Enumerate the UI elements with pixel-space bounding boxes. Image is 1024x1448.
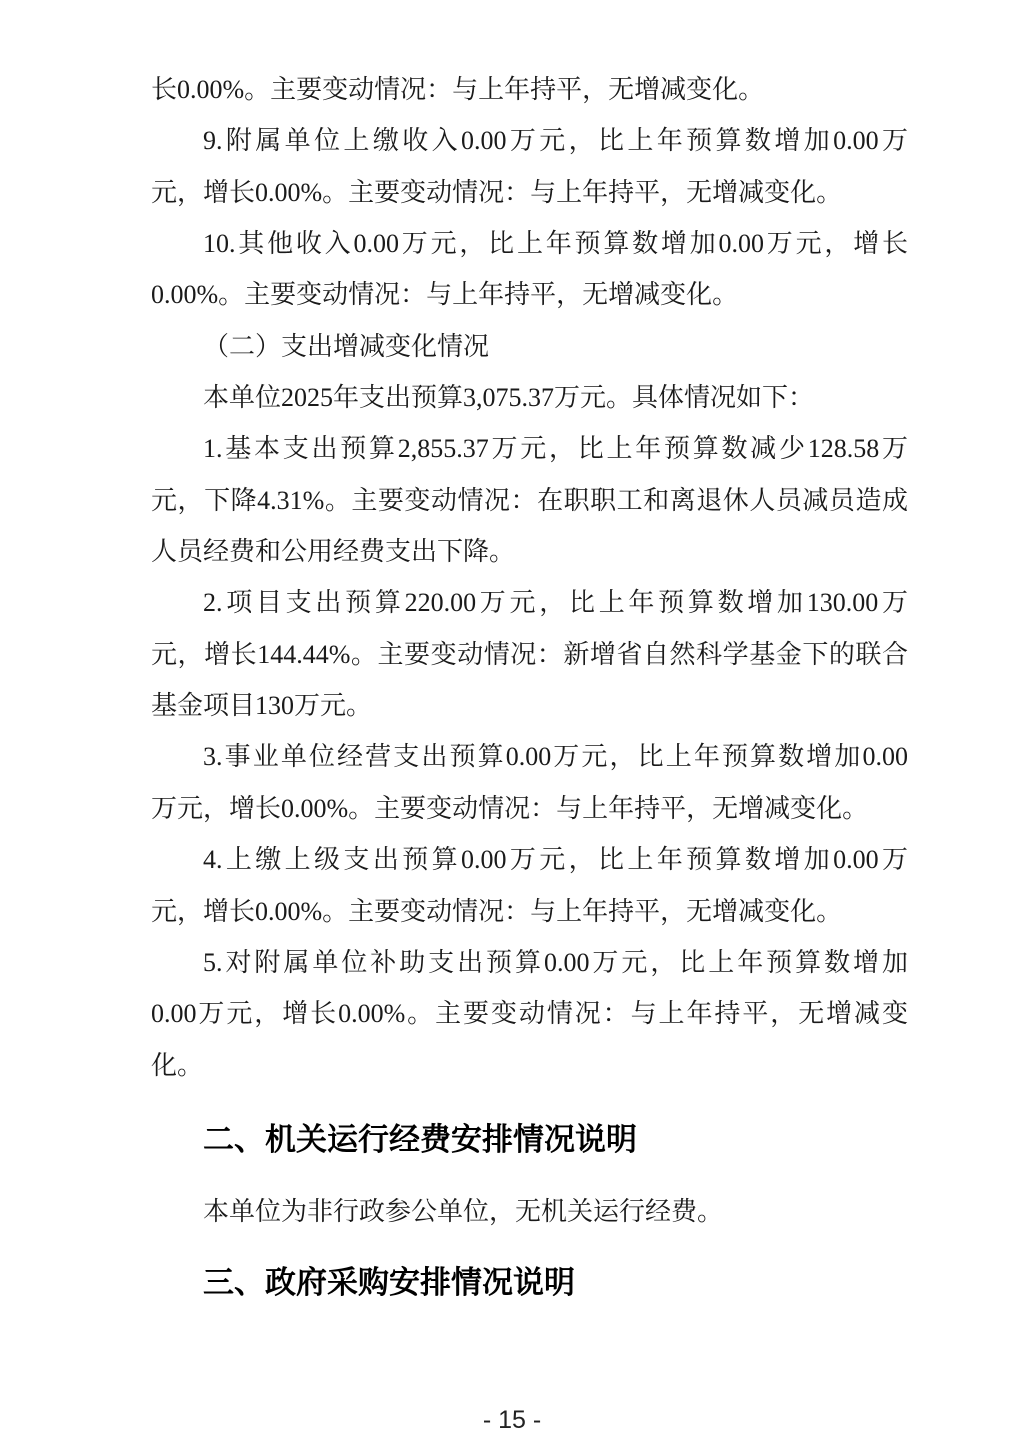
body-line: 元，增长0.00%。主要变动情况：与上年持平，无增减变化。 [151, 886, 908, 937]
page-number: - 15 - [0, 1407, 1024, 1434]
body-line: 3.事业单位经营支出预算0.00万元，比上年预算数增加0.00 [151, 731, 908, 782]
body-line: 长0.00%。主要变动情况：与上年持平，无增减变化。 [151, 64, 908, 115]
body-line: 1.基本支出预算2,855.37万元，比上年预算数减少128.58万 [151, 423, 908, 474]
body-line: 基金项目130万元。 [151, 680, 908, 731]
body-line: 元，增长144.44%。主要变动情况：新增省自然科学基金下的联合 [151, 629, 908, 680]
body-line: 0.00万元，增长0.00%。主要变动情况：与上年持平，无增减变 [151, 988, 908, 1039]
body-line-subheading: （二）支出增减变化情况 [151, 321, 908, 372]
body-line: 9.附属单位上缴收入0.00万元，比上年预算数增加0.00万 [151, 115, 908, 166]
body-line: 本单位2025年支出预算3,075.37万元。具体情况如下： [151, 372, 908, 423]
body-line: 化。 [151, 1040, 908, 1091]
body-line: 元，下降4.31%。主要变动情况：在职职工和离退休人员减员造成 [151, 475, 908, 526]
section-heading-agency-operating-expenses: 二、机关运行经费安排情况说明 [151, 1114, 908, 1165]
body-line: 0.00%。主要变动情况：与上年持平，无增减变化。 [151, 269, 908, 320]
body-line: 5.对附属单位补助支出预算0.00万元，比上年预算数增加 [151, 937, 908, 988]
section-paragraph-agency-operating-expenses: 本单位为非行政参公单位，无机关运行经费。 [151, 1186, 908, 1237]
body-text-block: 长0.00%。主要变动情况：与上年持平，无增减变化。 9.附属单位上缴收入0.0… [151, 64, 908, 1308]
body-line: 人员经费和公用经费支出下降。 [151, 526, 908, 577]
document-page: 长0.00%。主要变动情况：与上年持平，无增减变化。 9.附属单位上缴收入0.0… [0, 0, 1024, 1448]
body-line: 元，增长0.00%。主要变动情况：与上年持平，无增减变化。 [151, 167, 908, 218]
body-line: 2.项目支出预算220.00万元，比上年预算数增加130.00万 [151, 577, 908, 628]
body-line: 10.其他收入0.00万元，比上年预算数增加0.00万元，增长 [151, 218, 908, 269]
body-line: 4.上缴上级支出预算0.00万元，比上年预算数增加0.00万 [151, 834, 908, 885]
body-line: 万元，增长0.00%。主要变动情况：与上年持平，无增减变化。 [151, 783, 908, 834]
section-heading-government-procurement: 三、政府采购安排情况说明 [151, 1257, 908, 1308]
